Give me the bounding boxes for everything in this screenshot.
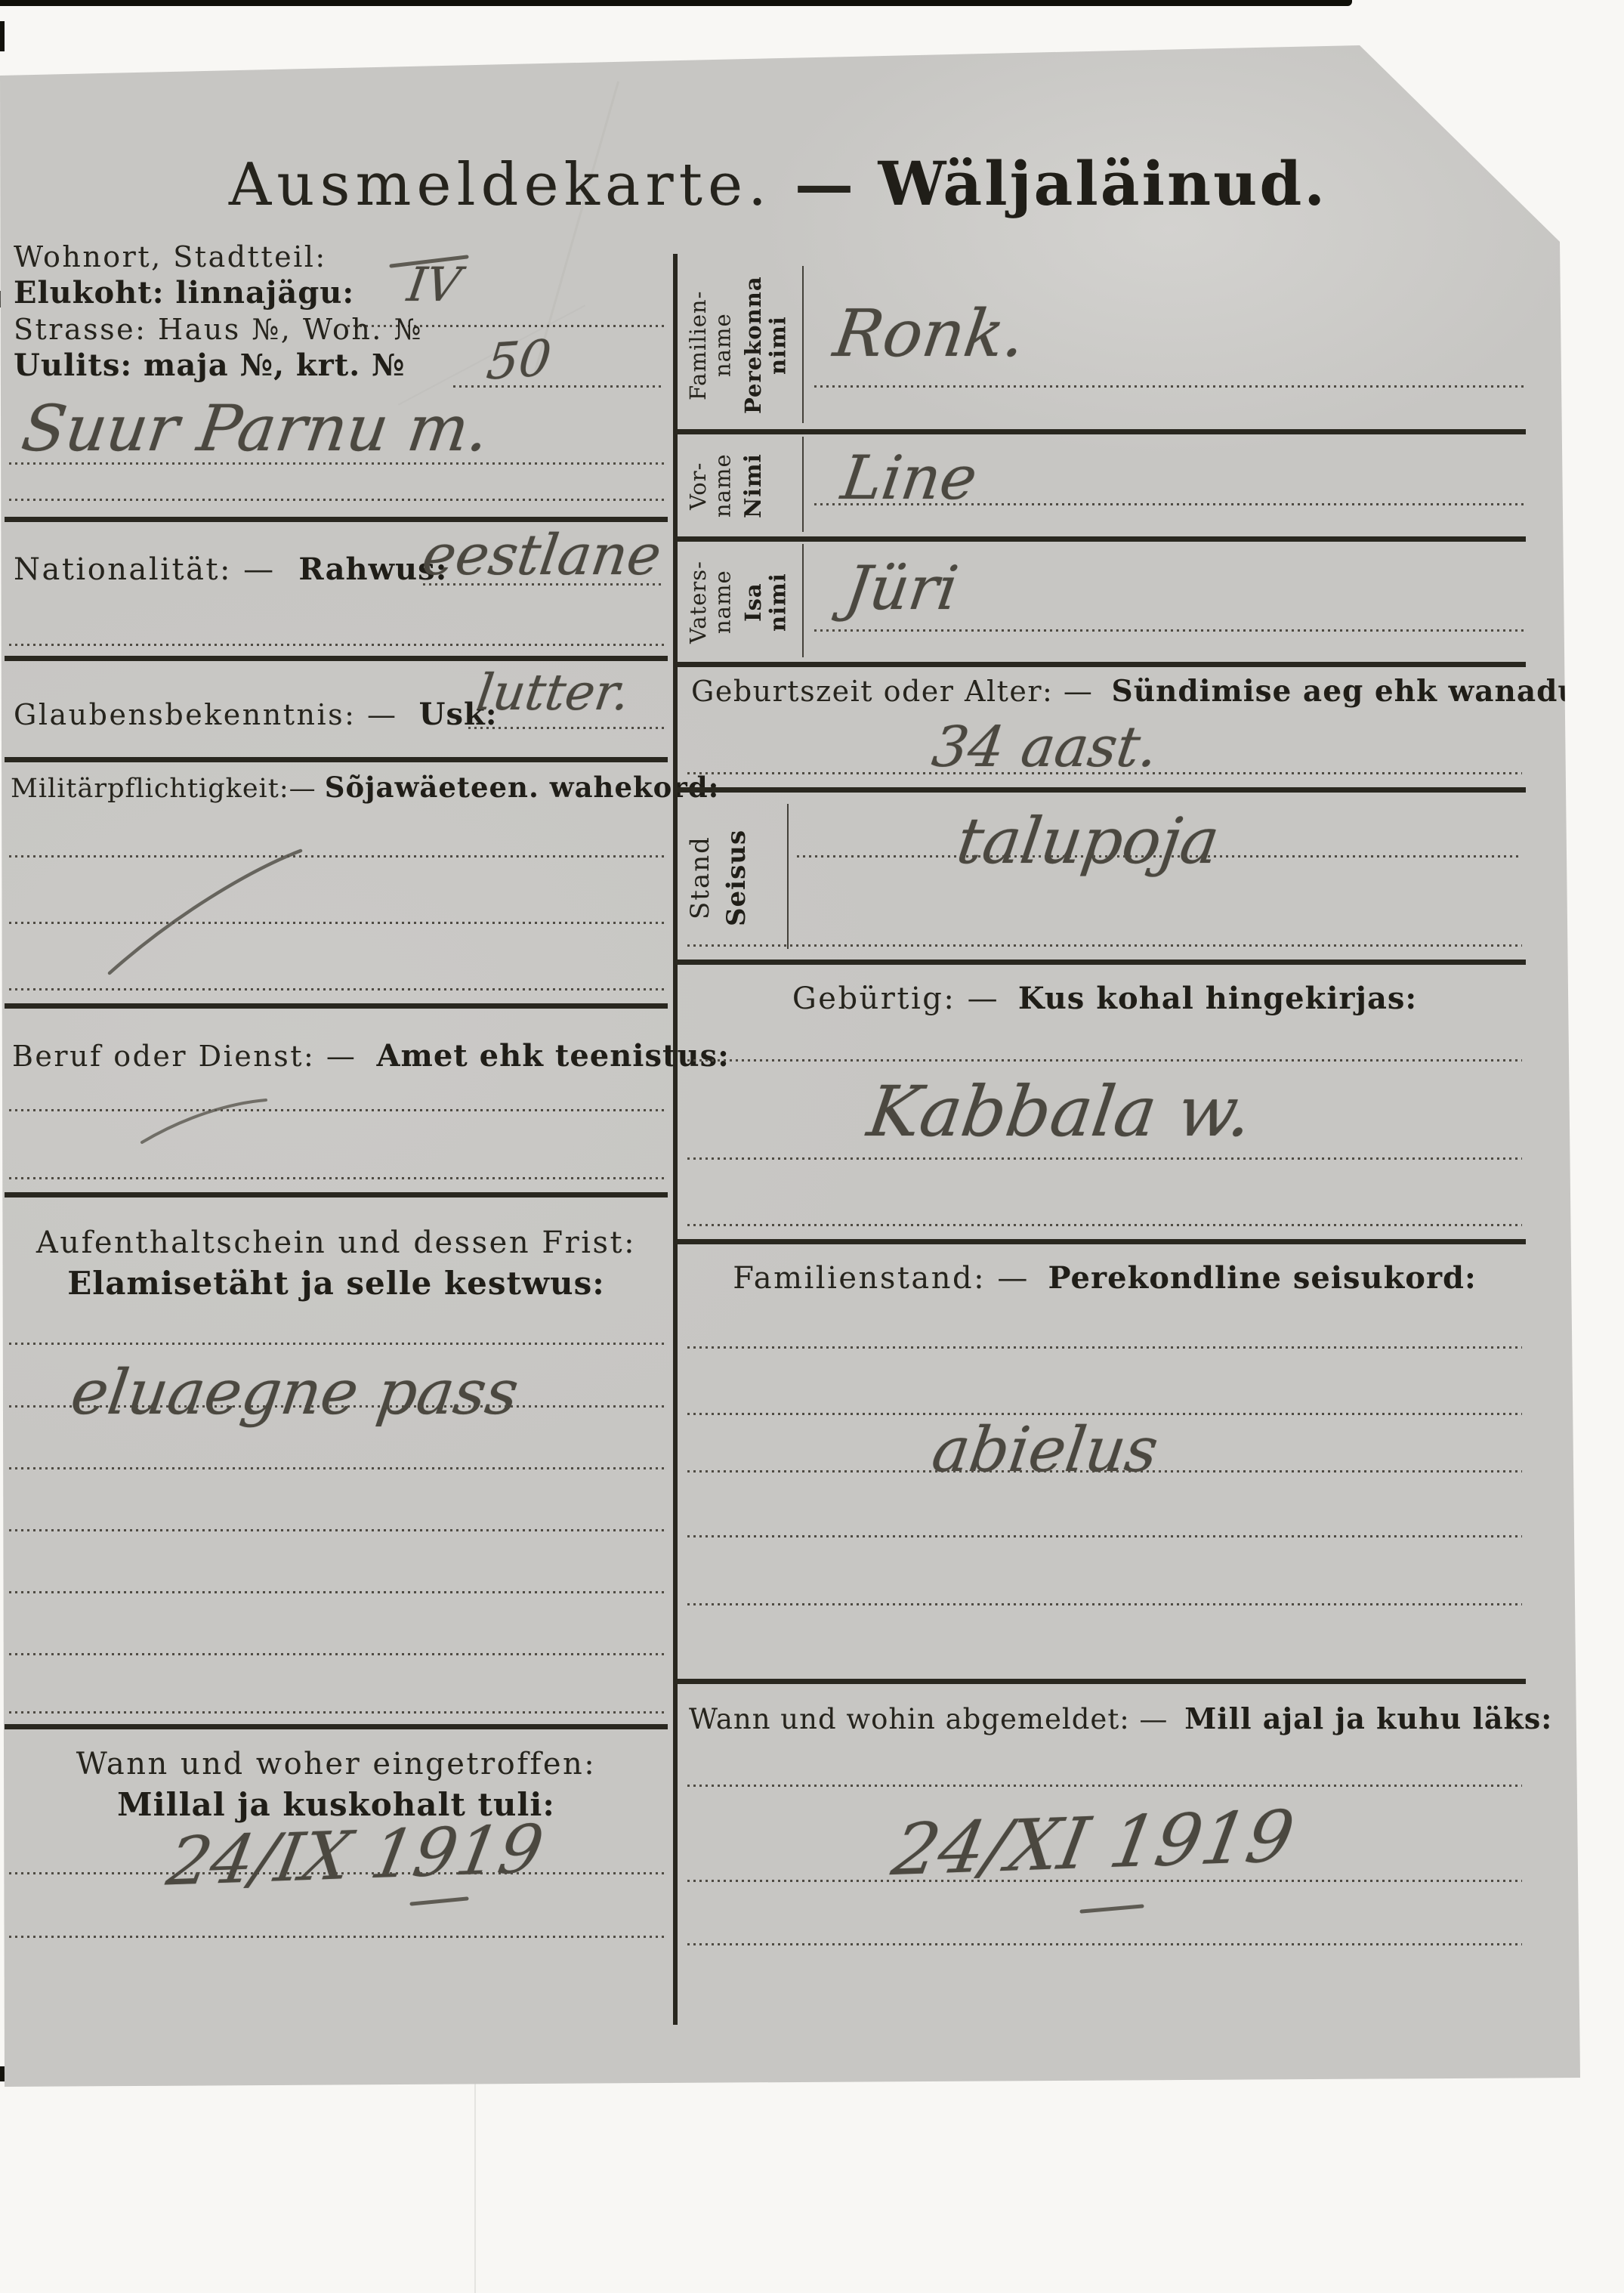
departure-label-de: Wann und wohin abgemeldet: —	[689, 1703, 1168, 1735]
stand-value: talupoja	[952, 804, 1224, 878]
occupation-label-de: Beruf oder Dienst: —	[12, 1040, 357, 1073]
label-rule	[802, 437, 804, 532]
section-divider	[678, 1679, 1526, 1684]
section-divider	[5, 517, 668, 522]
dotted-writing-line	[9, 1711, 666, 1714]
dotted-writing-line	[687, 1470, 1522, 1473]
dotted-writing-line	[9, 1653, 666, 1655]
dotted-writing-line	[687, 1157, 1522, 1160]
family-status-label-de: Familienstand: —	[733, 1261, 1030, 1296]
vorname-labels: Vor- name Nimi	[686, 438, 767, 533]
military-label-et: Sõjawäeteen. wahekord:	[325, 771, 720, 804]
section-divider	[5, 1724, 668, 1729]
dotted-writing-line	[9, 1177, 666, 1179]
dotted-writing-line	[9, 1343, 666, 1345]
dotted-writing-line	[687, 1059, 1522, 1062]
dotted-writing-line	[814, 503, 1524, 505]
dotted-writing-line	[9, 1591, 666, 1593]
origin-value: Kabbala w.	[863, 1071, 1257, 1152]
dotted-writing-line	[423, 583, 665, 586]
scanned-page: Ausmeldekarte. — Wäljaläinud. Wohnort, S…	[0, 0, 1624, 2293]
section-divider	[678, 1239, 1526, 1244]
wohnort-label: Wohnort, Stadtteil:	[14, 240, 327, 273]
dotted-writing-line	[687, 1535, 1522, 1537]
nimi-label: Nimi	[741, 438, 767, 533]
birth-label-de: Geburtszeit oder Alter: —	[691, 675, 1093, 708]
section-divider	[5, 1003, 668, 1009]
permit-label-et: Elamisetäht ja selle kestwus:	[0, 1265, 672, 1302]
nationality-value: eestlane	[418, 523, 665, 588]
dotted-writing-line	[9, 988, 666, 990]
dotted-writing-line	[687, 772, 1522, 774]
section-divider	[678, 536, 1526, 542]
dotted-writing-line	[9, 499, 666, 501]
dotted-writing-line	[687, 1224, 1522, 1226]
uulits-label: Uulits: maja №, krt. №	[14, 348, 406, 383]
dotted-writing-line	[687, 1785, 1522, 1787]
familienname-label: Familien- name	[686, 266, 735, 425]
scan-edge-top	[0, 0, 1352, 6]
departure-label-et: Mill ajal ja kuhu läks:	[1184, 1701, 1552, 1735]
permit-label-de: Aufenthaltschein und dessen Frist:	[0, 1225, 672, 1260]
dotted-writing-line	[9, 644, 666, 646]
elukoht-label: Elukoht: linnajägu:	[14, 275, 354, 311]
family-status-label-et: Perekondline seisukord:	[1048, 1260, 1477, 1296]
familienname-labels: Familien- name Perekonna nimi	[686, 266, 790, 425]
military-label-de: Militärpflichtigkeit:—	[11, 774, 316, 804]
dotted-writing-line	[9, 1872, 666, 1874]
nationality-label-de: Nationalität: —	[14, 552, 276, 587]
label-rule	[802, 266, 804, 423]
stand-label-et: Seisus	[722, 802, 751, 953]
occupation-row: Beruf oder Dienst: — Amet ehk teenistus:	[12, 1038, 730, 1074]
title-german: Ausmeldekarte.	[229, 151, 772, 219]
dotted-writing-line	[9, 855, 666, 858]
column-divider	[673, 254, 678, 2025]
religion-row: Glaubensbekenntnis: — Usk:	[14, 697, 497, 732]
dotted-writing-line	[9, 922, 666, 924]
registration-card: Ausmeldekarte. — Wäljaläinud. Wohnort, S…	[0, 0, 1624, 2293]
dotted-writing-line	[9, 1405, 666, 1408]
section-divider	[5, 757, 668, 762]
district-value: IV	[404, 257, 465, 312]
dotted-writing-line	[9, 462, 666, 465]
scan-edge-mark	[0, 2066, 5, 2081]
section-divider	[678, 429, 1526, 434]
nationality-row: Nationalität: — Rahwus:	[14, 552, 447, 587]
religion-value: lutter.	[474, 663, 634, 722]
origin-row: Gebürtig: — Kus kohal hingekirjas:	[684, 981, 1526, 1016]
scan-edge-mark	[0, 21, 5, 51]
title-dash: —	[795, 150, 856, 219]
perekonna-label: Perekonna nimi	[741, 266, 790, 425]
vatersname-labels: Vaters- name Isa nimi	[686, 545, 790, 659]
origin-label-et: Kus kohal hingekirjas:	[1018, 981, 1417, 1016]
dotted-writing-line	[797, 855, 1522, 858]
origin-label-de: Gebürtig: —	[792, 981, 999, 1016]
card-title: Ausmeldekarte. — Wäljaläinud.	[211, 148, 1345, 219]
departure-value: 24/XI 1919	[887, 1796, 1300, 1892]
vatersname-label: Vaters- name	[686, 545, 735, 659]
arrival-label-de: Wann und woher eingetroffen:	[0, 1747, 672, 1782]
dotted-writing-line	[687, 1943, 1522, 1945]
dotted-writing-line	[687, 944, 1522, 947]
section-divider	[678, 662, 1526, 667]
vorname-label: Vor- name	[686, 438, 735, 533]
birth-value: 34 aast.	[928, 715, 1162, 780]
dotted-writing-line	[814, 385, 1524, 388]
dotted-writing-line	[814, 629, 1524, 632]
surname-value: Ronk.	[829, 296, 1030, 372]
street-value: Suur Parnu m.	[17, 391, 494, 465]
strasse-label: Strasse: Haus №, Woh. №	[14, 313, 423, 346]
title-estonian: Wäljaläinud.	[878, 148, 1327, 219]
arrival-value: 24/IX 1919	[162, 1809, 549, 1900]
dotted-writing-line	[9, 1936, 666, 1938]
dotted-writing-line	[9, 1109, 666, 1111]
dotted-writing-line	[687, 1346, 1522, 1349]
stand-label-de: Stand	[686, 802, 715, 953]
label-rule	[802, 544, 804, 657]
dotted-writing-line	[468, 727, 665, 729]
dotted-writing-line	[9, 1529, 666, 1531]
birth-row: Geburtszeit oder Alter: — Sündimise aeg …	[691, 674, 1609, 709]
family-status-row: Familienstand: — Perekondline seisukord:	[684, 1260, 1526, 1296]
house-value: 50	[483, 329, 554, 391]
military-row: Militärpflichtigkeit:— Sõjawäeteen. wahe…	[11, 771, 719, 804]
dotted-writing-line	[9, 1467, 666, 1469]
dotted-writing-line	[687, 1880, 1522, 1882]
fathername-value: Jüri	[841, 553, 962, 623]
section-divider	[678, 787, 1526, 793]
section-divider	[5, 656, 668, 661]
birth-label-et: Sündimise aeg ehk wanadus:	[1112, 674, 1610, 709]
dotted-writing-line	[687, 1603, 1522, 1605]
label-rule	[787, 804, 789, 949]
family-status-value: abielus	[928, 1414, 1162, 1486]
section-divider	[678, 960, 1526, 965]
departure-row: Wann und wohin abgemeldet: — Mill ajal j…	[689, 1701, 1552, 1735]
section-divider	[5, 1192, 668, 1197]
permit-value: eluaegne pass	[66, 1357, 523, 1429]
stand-labels: Stand Seisus	[686, 802, 751, 953]
isa-label: Isa nimi	[741, 545, 790, 659]
religion-label-de: Glaubensbekenntnis: —	[14, 698, 397, 731]
